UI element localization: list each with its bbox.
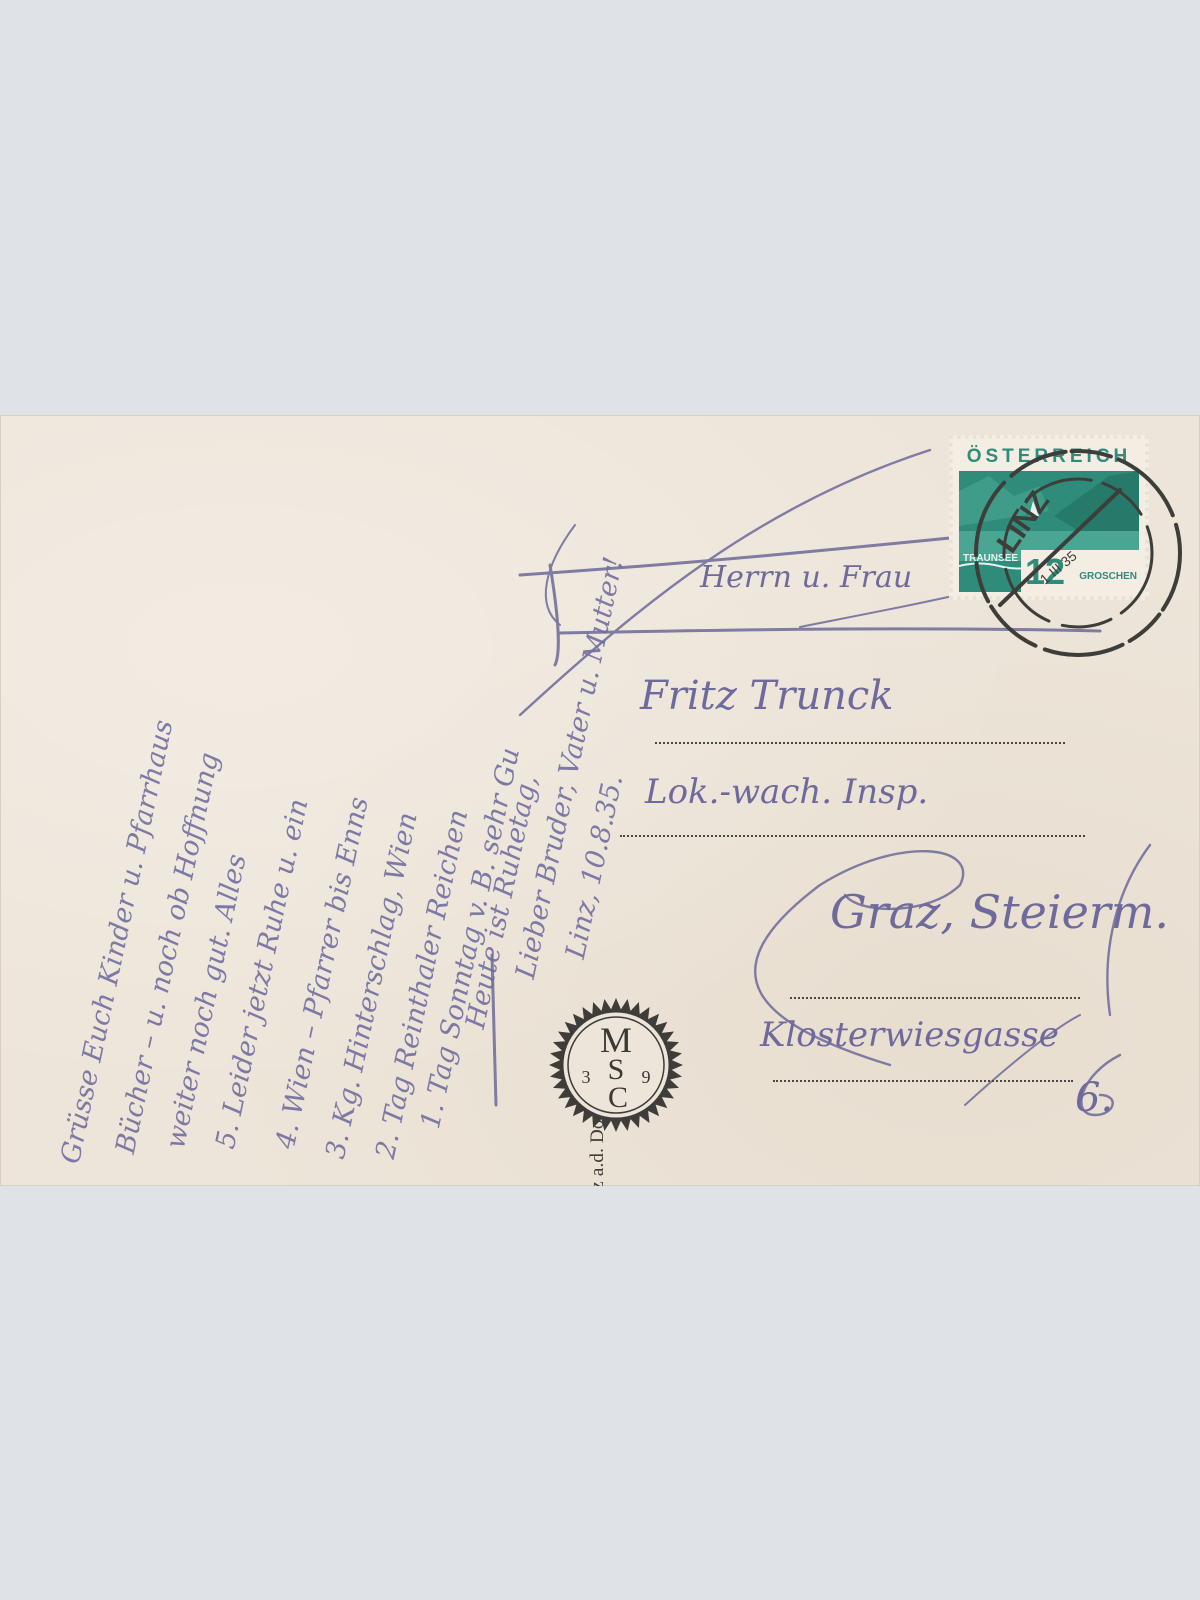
address-salutation: Herrn u. Frau [700, 560, 912, 595]
message-line: Grüsse Euch Kinder u. Pfarrhaus [55, 717, 179, 1166]
stamp-value: 12 [1025, 552, 1065, 592]
address-name: Fritz Trunck [640, 673, 894, 719]
message-line: 2. Tag Reinthaler Reichen [370, 807, 474, 1161]
message-line: 1. Tag Sonntag v. B. sehr Gu [415, 745, 526, 1131]
message-line: 4. Wien – Pfarrer bis Enns [270, 794, 375, 1151]
message-line: Heute ist Ruhetag, [460, 772, 544, 1031]
address-line-2 [620, 835, 1085, 837]
message-line: Lieber Bruder, Vater u. Mutter! [510, 554, 630, 981]
message-line: 5. Leider jetzt Ruhe u. ein [210, 796, 314, 1151]
message-line: weiter noch gut. Alles [160, 851, 253, 1151]
stamp-place: TRAUNSEE [963, 553, 1018, 564]
publisher-seal: M S C 3 9 [548, 997, 684, 1133]
address-city: Graz, Steierm. [830, 885, 1169, 939]
address-line-4 [773, 1080, 1073, 1082]
stamp-country: ÖSTERREICH [959, 446, 1139, 468]
message-line: 3. Kg. Hinterschlag, Wien [320, 810, 424, 1162]
stamp-currency: GROSCHEN [1079, 571, 1137, 582]
svg-text:C: C [608, 1081, 628, 1114]
stamp-design: ÖSTERREICH TRAUNSEE 12 GROSCHEN [959, 443, 1139, 592]
svg-text:9: 9 [642, 1067, 651, 1087]
scan-background: Linz, 10.8.35. Lieber Bruder, Vater u. M… [0, 0, 1200, 1600]
message-date: Linz, 10.8.35. [560, 772, 629, 961]
postcard-back: Linz, 10.8.35. Lieber Bruder, Vater u. M… [0, 415, 1200, 1186]
address-title: Lok.-wach. Insp. [645, 772, 928, 812]
address-line-1 [655, 742, 1065, 744]
address-line-3 [790, 997, 1080, 999]
address-street: Klosterwiesgasse [760, 1015, 1059, 1055]
message-line: Bücher – u. noch ob Hoffnung [110, 750, 225, 1157]
postage-stamp: ÖSTERREICH TRAUNSEE 12 GROSCHEN [949, 435, 1149, 600]
svg-text:3: 3 [582, 1067, 591, 1087]
address-house-number: 6. [1075, 1075, 1113, 1121]
seal-emblem-icon: M S C 3 9 [548, 997, 684, 1133]
